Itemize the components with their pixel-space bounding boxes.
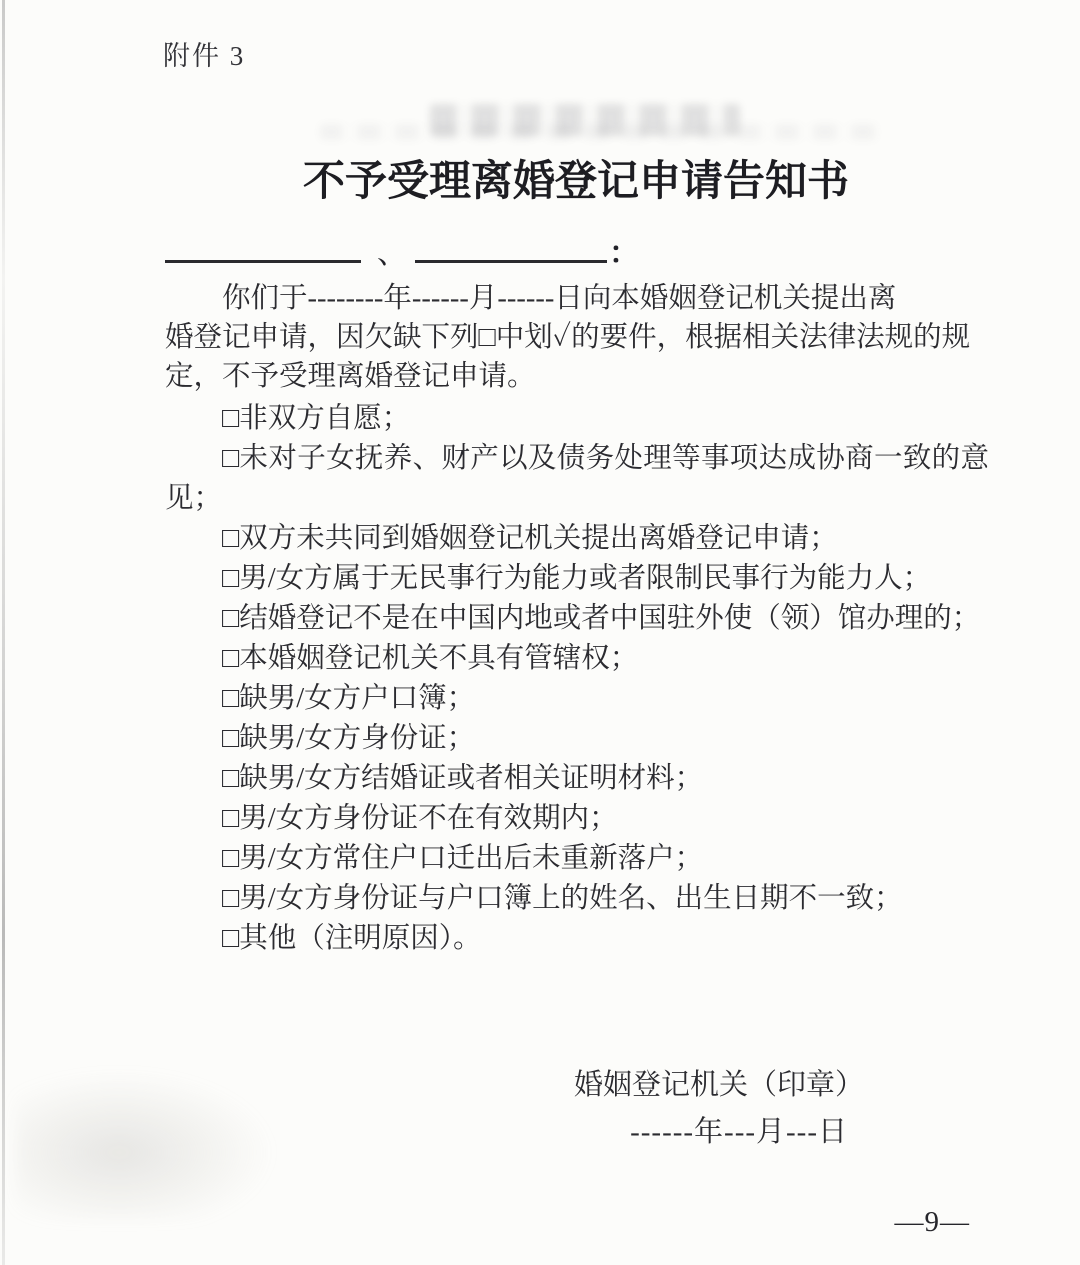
checklist-item: □结婚登记不是在中国内地或者中国驻外使（领）馆办理的； — [165, 599, 989, 639]
name-blank-1 — [165, 228, 361, 263]
checklist-item: □缺男/女方户口簿； — [165, 679, 989, 719]
name-blank-2 — [415, 228, 607, 263]
scanned-document-page: 附件 3 不予受理离婚登记申请告知书 、： 你们于--------年------… — [0, 0, 1080, 1265]
page-number: —9— — [895, 1206, 971, 1239]
scan-edge-artifact — [2, 0, 5, 1265]
document-title: 不予受理离婚登记申请告知书 — [165, 148, 987, 208]
checklist-item: □男/女方身份证不在有效期内； — [165, 799, 989, 839]
reason-checklist: □非双方自愿； □未对子女抚养、财产以及债务处理等事项达成协商一致的意见； □双… — [165, 399, 989, 959]
checklist-item: □缺男/女方身份证； — [165, 719, 989, 759]
attachment-label: 附件 3 — [163, 34, 245, 73]
signature-block: 婚姻登记机关（印章） ------年---月---日 — [574, 1062, 864, 1156]
scan-shadow-smudge — [15, 1070, 275, 1220]
checklist-item: □非双方自愿； — [165, 399, 989, 439]
bleed-through-smudge — [320, 124, 880, 140]
body-line: 你们于--------年------月------日向本婚姻登记机关提出离 — [165, 279, 995, 318]
checklist-item: □未对子女抚养、财产以及债务处理等事项达成协商一致的意见； — [165, 439, 989, 519]
registry-authority-stamp-label: 婚姻登记机关（印章） — [574, 1062, 864, 1109]
enumeration-comma: 、 — [377, 228, 407, 272]
date-fill-in-line: ------年---月---日 — [574, 1109, 848, 1156]
body-paragraph: 你们于--------年------月------日向本婚姻登记机关提出离 婚登… — [165, 279, 995, 396]
body-line: 婚登记申请，因欠缺下列□中划✓的要件，根据相关法律法规的规 — [165, 318, 995, 357]
checklist-item: □本婚姻登记机关不具有管辖权； — [165, 639, 989, 679]
checklist-item: □男/女方属于无民事行为能力或者限制民事行为能力人； — [165, 559, 989, 599]
salutation-line: 、： — [165, 228, 987, 272]
body-line: 定，不予受理离婚登记申请。 — [165, 357, 995, 396]
salutation-colon: ： — [609, 228, 639, 272]
checklist-item: □其他（注明原因）。 — [165, 919, 989, 959]
checklist-item: □男/女方身份证与户口簿上的姓名、出生日期不一致； — [165, 879, 989, 919]
checklist-item: □缺男/女方结婚证或者相关证明材料； — [165, 759, 989, 799]
checklist-item: □男/女方常住户口迁出后未重新落户； — [165, 839, 989, 879]
checklist-item: □双方未共同到婚姻登记机关提出离婚登记申请； — [165, 519, 989, 559]
